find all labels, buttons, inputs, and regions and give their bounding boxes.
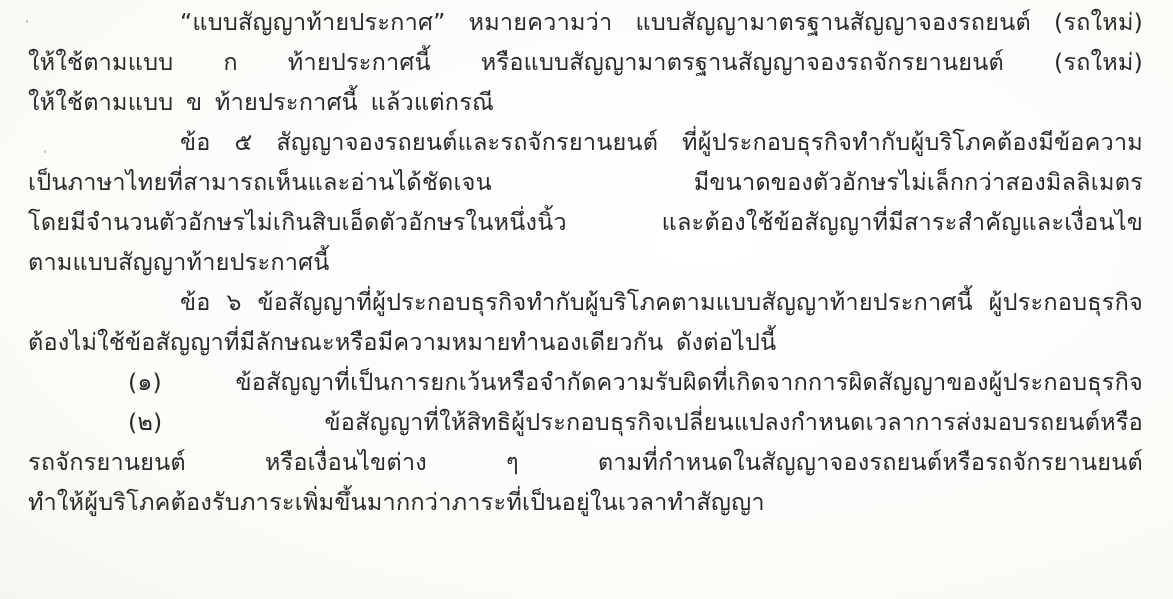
scan-speck (26, 20, 28, 23)
clause-6-item-2-line-3: ทำให้ผู้บริโภคต้องรับภาระเพิ่มขึ้นมากกว่… (28, 482, 1143, 522)
scanned-document-page: “แบบสัญญาท้ายประกาศ” หมายความว่า แบบสัญญ… (0, 0, 1173, 599)
clause-5-line-2: เป็นภาษาไทยที่สามารถเห็นและอ่านได้ชัดเจน… (28, 162, 1143, 202)
clause-6-line-1: ข้อ ๖ ข้อสัญญาที่ผู้ประกอบธุรกิจทำกับผู้… (180, 282, 1143, 322)
clause-6-item-1-line-1: (๑) ข้อสัญญาที่เป็นการยกเว้นหรือจำกัดควา… (128, 362, 1143, 402)
clause-5-line-4: ตามแบบสัญญาท้ายประกาศนี้ (28, 242, 1143, 282)
clause-6-item-2-line-1: (๒) ข้อสัญญาที่ให้สิทธิผู้ประกอบธุรกิจเป… (128, 402, 1143, 442)
scan-speck (44, 150, 46, 153)
clause-5-line-3: โดยมีจำนวนตัวอักษรไม่เกินสิบเอ็ดตัวอักษร… (28, 202, 1143, 242)
clause-6-line-2: ต้องไม่ใช้ข้อสัญญาที่มีลักษณะหรือมีความห… (28, 322, 1143, 362)
definition-line-3: ให้ใช้ตามแบบ ข ท้ายประกาศนี้ แล้วแต่กรณี (28, 82, 1143, 122)
definition-line-2: ให้ใช้ตามแบบ ก ท้ายประกาศนี้ หรือแบบสัญญ… (28, 42, 1143, 82)
definition-line-1: “แบบสัญญาท้ายประกาศ” หมายความว่า แบบสัญญ… (180, 2, 1143, 42)
clause-6-item-2-line-2: รถจักรยานยนต์ หรือเงื่อนไขต่าง ๆ ตามที่ก… (28, 442, 1143, 482)
clause-5-line-1: ข้อ ๕ สัญญาจองรถยนต์และรถจักรยานยนต์ ที่… (180, 122, 1143, 162)
